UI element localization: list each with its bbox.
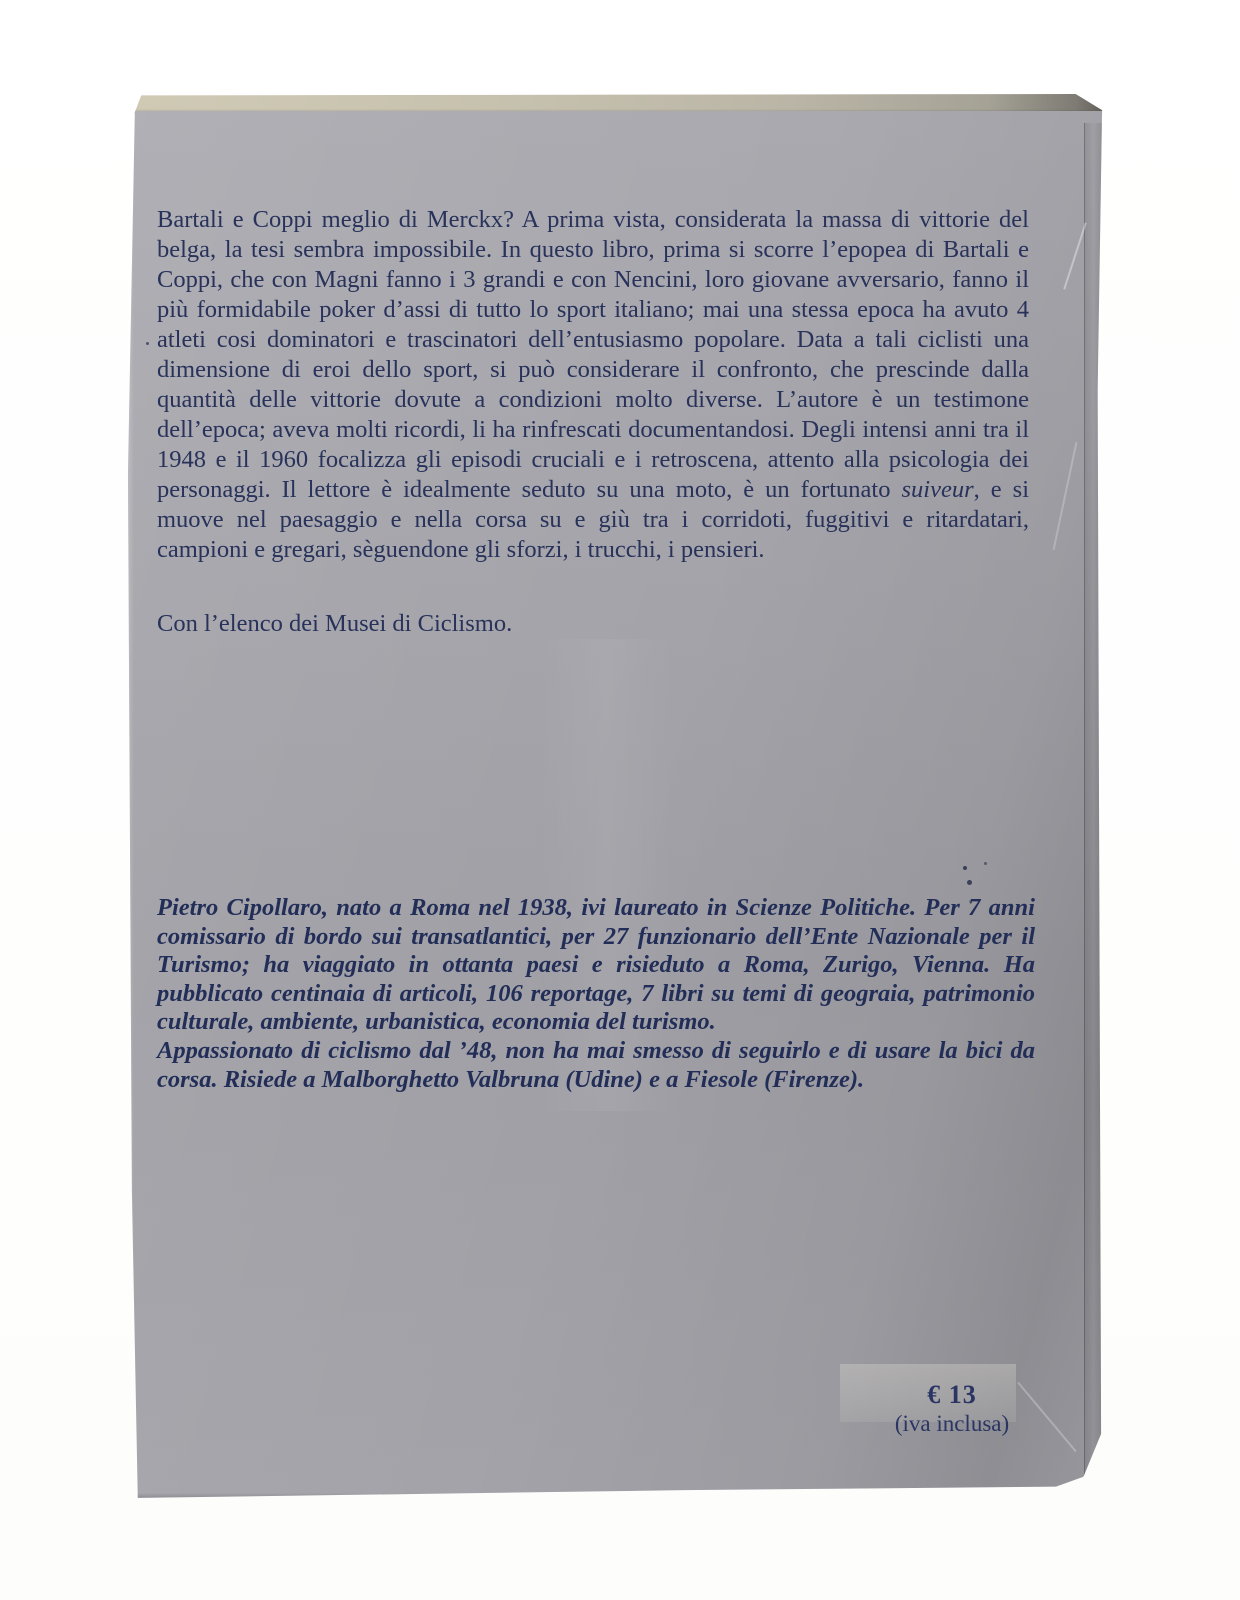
synopsis-text-1: Bartali e Coppi meglio di Merckx? A prim… (157, 206, 1029, 503)
author-bio-paragraph-1: Pietro Cipollaro, nato a Roma nel 1938, … (157, 894, 1035, 1037)
ink-speck (984, 862, 987, 865)
synopsis-italic-word: suiveur (902, 476, 974, 503)
book-back-cover: Bartali e Coppi meglio di Merckx? A prim… (126, 94, 1106, 1500)
spine-edge-shading (1084, 123, 1106, 1494)
author-bio: Pietro Cipollaro, nato a Roma nel 1938, … (157, 894, 1035, 1094)
photo-background: Bartali e Coppi meglio di Merckx? A prim… (0, 0, 1240, 1600)
price-tax-note: (iva inclusa) (842, 1411, 1062, 1437)
price-amount: € 13 (842, 1380, 1062, 1410)
scuff-mark (1053, 442, 1078, 550)
ink-speck (146, 342, 149, 345)
museums-note: Con l’elenco dei Musei di Ciclismo. (157, 610, 1029, 638)
cover-left-highlight (126, 111, 134, 1500)
ink-speck (963, 866, 967, 870)
cover-bottom-shading (126, 1493, 1106, 1500)
ink-speck (967, 880, 972, 885)
price-block: € 13 (iva inclusa) (842, 1380, 1062, 1437)
synopsis-paragraph: Bartali e Coppi meglio di Merckx? A prim… (157, 205, 1029, 565)
ink-speck (969, 900, 972, 903)
author-bio-paragraph-2: Appassionato di ciclismo dal ’48, non ha… (157, 1037, 1035, 1094)
